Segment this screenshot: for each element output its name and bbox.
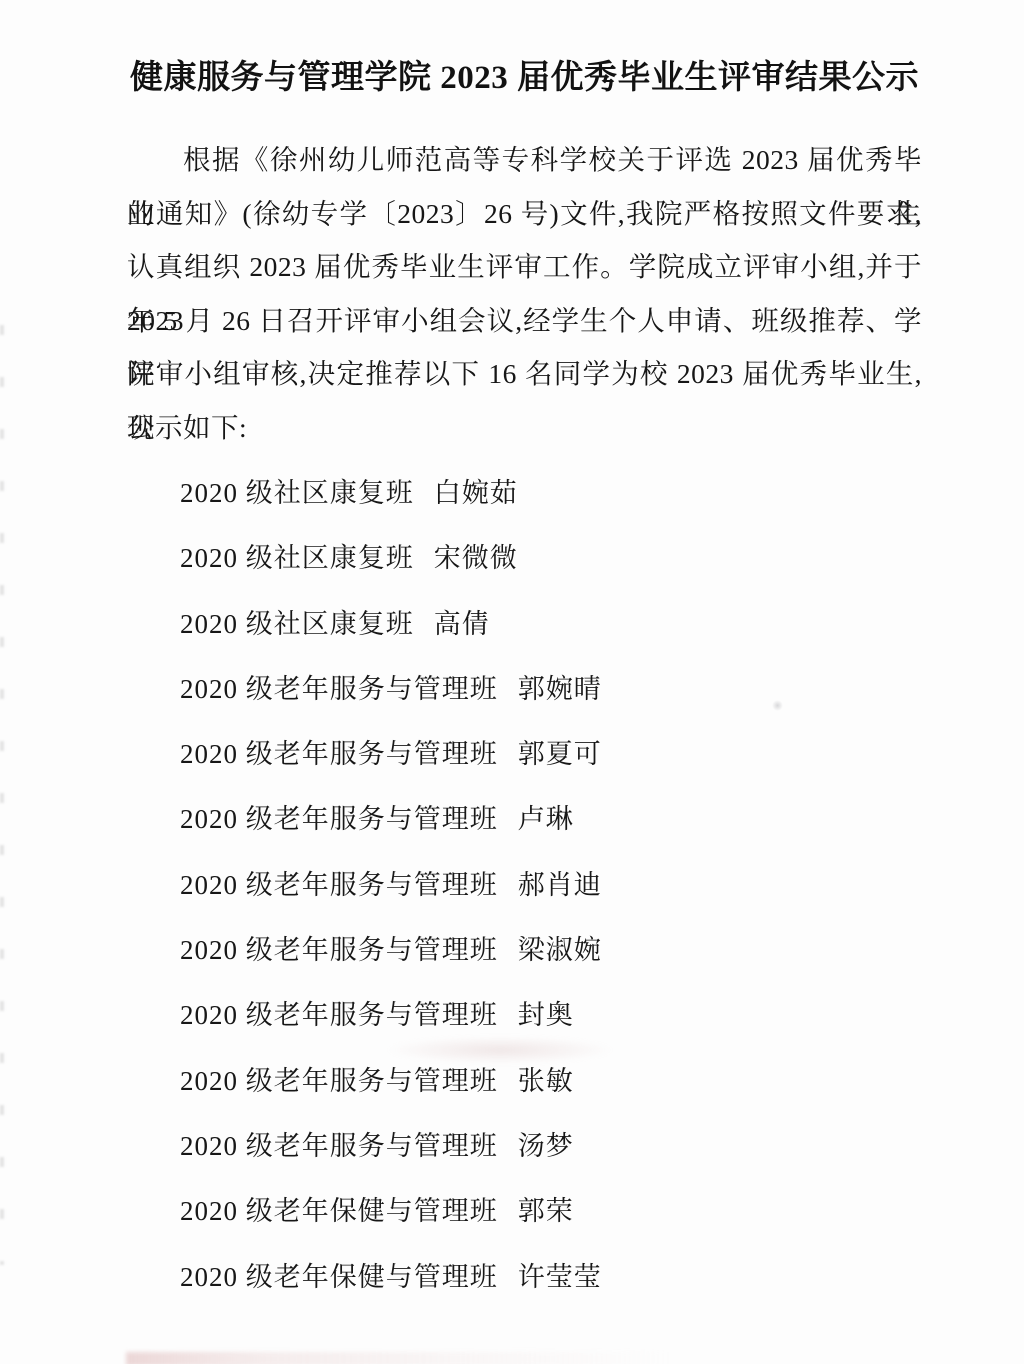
class-name: 2020 级老年服务与管理班 <box>180 1131 498 1161</box>
class-name: 2020 级老年保健与管理班 <box>180 1196 498 1226</box>
class-name: 2020 级老年服务与管理班 <box>180 739 498 769</box>
paragraph-line: 根据《徐州幼儿师范高等专科学校关于评选 2023 届优秀毕业生 <box>127 133 922 187</box>
student-name: 郝肖迪 <box>518 870 602 900</box>
scan-speck-artifact <box>772 700 783 711</box>
student-name: 张敏 <box>518 1066 574 1096</box>
paragraph-line: 年 5 月 26 日召开评审小组会议,经学生个人申请、班级推荐、学院 <box>127 294 922 348</box>
list-item: 2020 级社区康复班宋微微 <box>127 526 922 591</box>
class-name: 2020 级社区康复班 <box>180 609 414 639</box>
document-page: 健康服务与管理学院 2023 届优秀毕业生评审结果公示 根据《徐州幼儿师范高等专… <box>0 0 1024 1364</box>
student-name: 封奥 <box>518 1000 574 1030</box>
list-item: 2020 级老年服务与管理班梁淑婉 <box>127 918 922 983</box>
class-name: 2020 级老年服务与管理班 <box>180 935 498 965</box>
list-item: 2020 级社区康复班白婉茹 <box>127 461 922 526</box>
student-name: 白婉茹 <box>434 478 518 508</box>
document-title: 健康服务与管理学院 2023 届优秀毕业生评审结果公示 <box>127 56 922 100</box>
student-name: 郭婉晴 <box>518 674 602 704</box>
class-name: 2020 级老年服务与管理班 <box>180 870 498 900</box>
paragraph-line: 评审小组审核,决定推荐以下 16 名同学为校 2023 届优秀毕业生,现 <box>127 347 922 401</box>
student-name: 卢琳 <box>518 804 574 834</box>
paragraph-line: 认真组织 2023 届优秀毕业生评审工作。学院成立评审小组,并于 2023 <box>127 240 922 294</box>
class-name: 2020 级老年保健与管理班 <box>180 1262 498 1292</box>
intro-paragraph: 根据《徐州幼儿师范高等专科学校关于评选 2023 届优秀毕业生 的通知》(徐幼专… <box>127 133 922 454</box>
student-name: 郭荣 <box>518 1196 574 1226</box>
student-name: 梁淑婉 <box>518 935 602 965</box>
student-name: 宋微微 <box>434 543 518 573</box>
scan-edge-artifact <box>0 325 4 1265</box>
student-name: 汤梦 <box>518 1131 574 1161</box>
paragraph-line: 的通知》(徐幼专学〔2023〕26 号)文件,我院严格按照文件要求, <box>127 187 922 241</box>
list-item: 2020 级老年保健与管理班许莹莹 <box>127 1245 922 1310</box>
list-item: 2020 级老年服务与管理班卢琳 <box>127 787 922 852</box>
class-name: 2020 级老年服务与管理班 <box>180 1066 498 1096</box>
student-list: 2020 级社区康复班白婉茹 2020 级社区康复班宋微微 2020 级社区康复… <box>127 461 922 1310</box>
list-item: 2020 级社区康复班高倩 <box>127 592 922 657</box>
class-name: 2020 级老年服务与管理班 <box>180 804 498 834</box>
list-item: 2020 级老年服务与管理班汤梦 <box>127 1114 922 1179</box>
list-item: 2020 级老年服务与管理班郭婉晴 <box>127 657 922 722</box>
student-name: 许莹莹 <box>518 1262 602 1292</box>
scan-smudge-artifact <box>385 1036 615 1064</box>
class-name: 2020 级社区康复班 <box>180 543 414 573</box>
class-name: 2020 级老年服务与管理班 <box>180 674 498 704</box>
class-name: 2020 级社区康复班 <box>180 478 414 508</box>
paragraph-line: 公示如下: <box>127 401 922 455</box>
list-item: 2020 级老年服务与管理班郝肖迪 <box>127 853 922 918</box>
list-item: 2020 级老年服务与管理班郭夏可 <box>127 722 922 787</box>
student-name: 高倩 <box>434 609 490 639</box>
class-name: 2020 级老年服务与管理班 <box>180 1000 498 1030</box>
list-item: 2020 级老年保健与管理班郭荣 <box>127 1179 922 1244</box>
student-name: 郭夏可 <box>518 739 602 769</box>
document-content: 健康服务与管理学院 2023 届优秀毕业生评审结果公示 根据《徐州幼儿师范高等专… <box>127 0 922 1310</box>
scan-smudge-artifact <box>126 1352 671 1364</box>
